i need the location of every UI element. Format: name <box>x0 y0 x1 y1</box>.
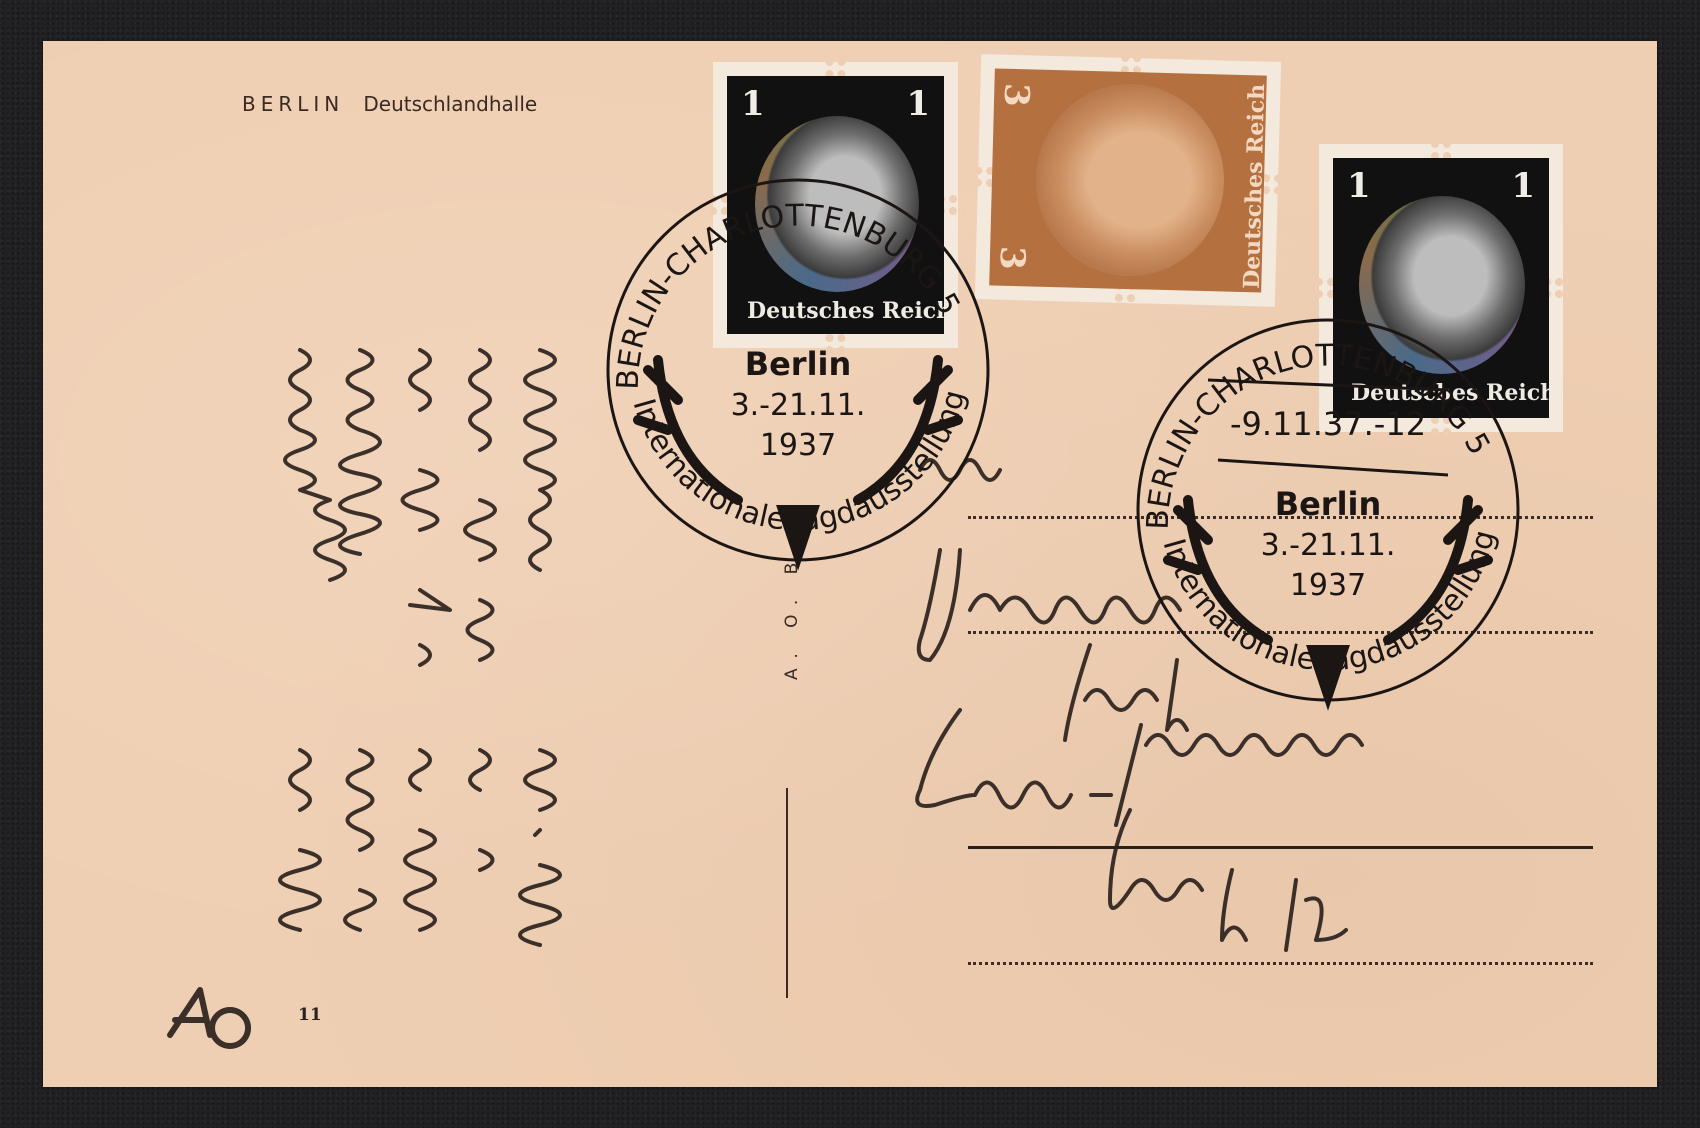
postmark-1: BERLIN-CHARLOTTENBURG 5 Internationale J… <box>588 160 1008 580</box>
monogram-mark <box>160 975 270 1045</box>
card-number: 11 <box>298 1005 322 1025</box>
stamp-2-inscription: Deutsches Reich <box>1239 83 1270 289</box>
card-header: BERLIN Deutschlandhalle <box>242 92 537 116</box>
postmark-1-dates: 3.-21.11. <box>731 388 866 423</box>
stamp-3-denomination-right: 1 <box>1511 166 1535 206</box>
stamp-3-denomination-left: 1 <box>1347 166 1371 206</box>
postmark-2-dates: 3.-21.11. <box>1261 528 1396 563</box>
stamp-1-denomination-left: 1 <box>741 84 765 124</box>
postmark-2-cancel-date: -9.11.37.-12 <box>1230 405 1426 443</box>
portrait-medallion <box>1034 82 1227 279</box>
stamp-2: 3 3 Deutsches Reich <box>975 54 1281 307</box>
header-city: BERLIN <box>242 92 344 116</box>
postmark-2-year: 1937 <box>1290 568 1366 603</box>
stamp-2-denomination-top: 3 <box>996 83 1037 108</box>
stamp-1-denomination-right: 1 <box>906 84 930 124</box>
postmark-2: BERLIN-CHARLOTTENBURG 5 Internationale J… <box>1118 300 1538 720</box>
postmark-1-year: 1937 <box>760 428 836 463</box>
postmark-2-city: Berlin <box>1275 485 1382 523</box>
postmark-1-city: Berlin <box>745 345 852 383</box>
card-divider <box>786 788 788 998</box>
header-place: Deutschlandhalle <box>363 92 537 116</box>
